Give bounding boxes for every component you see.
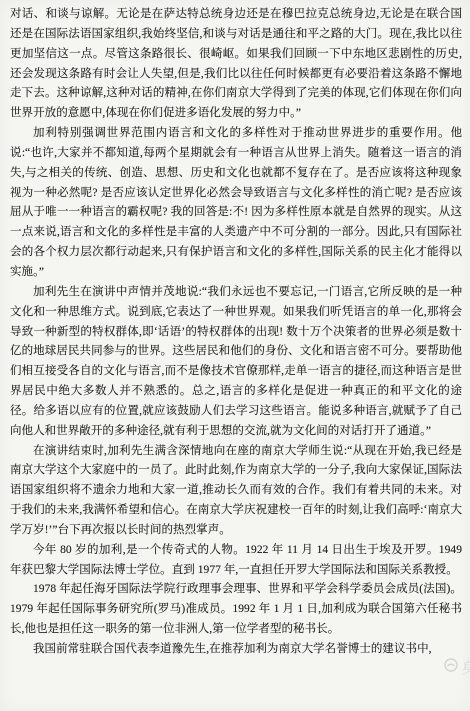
watermark-fragment-glyph: 身 xyxy=(461,657,470,678)
body-paragraph: 在演讲结束时,加利先生满含深情地向在座的南京大学师生说:“从现在开始,我已经是南… xyxy=(10,442,462,541)
body-paragraph: 1978 年起任海牙国际法学院行政理事会理事、世界和平学会科学委员会成员(法国)… xyxy=(10,580,462,640)
scanned-document-page: 对话、和谈与谅解。无论是在萨达特总统身边还是在穆巴拉克总统身边,无论是在联合国还… xyxy=(0,0,470,711)
body-paragraph: 我国前常驻联合国代表李道豫先生,在推荐加利为南京大学名誉博士的建议书中, xyxy=(10,640,462,660)
body-text: 对话、和谈与谅解。无论是在萨达特总统身边还是在穆巴拉克总统身边,无论是在联合国还… xyxy=(10,5,462,660)
body-paragraph: 今年 80 岁的加利,是一个传奇式的人物。1922 年 11 月 14 日出生于… xyxy=(10,541,462,581)
circle-swirl-logo-icon xyxy=(444,658,458,672)
body-paragraph: 加利特别强调世界范围内语言和文化的多样性对于推动世界进步的重要作用。他说:“也许… xyxy=(10,124,462,283)
body-paragraph: 对话、和谈与谅解。无论是在萨达特总统身边还是在穆巴拉克总统身边,无论是在联合国还… xyxy=(10,5,462,124)
body-paragraph: 加利先生在演讲中声情并茂地说:“我们永远也不要忘记,一门语言,它所反映的是一种文… xyxy=(10,283,462,442)
